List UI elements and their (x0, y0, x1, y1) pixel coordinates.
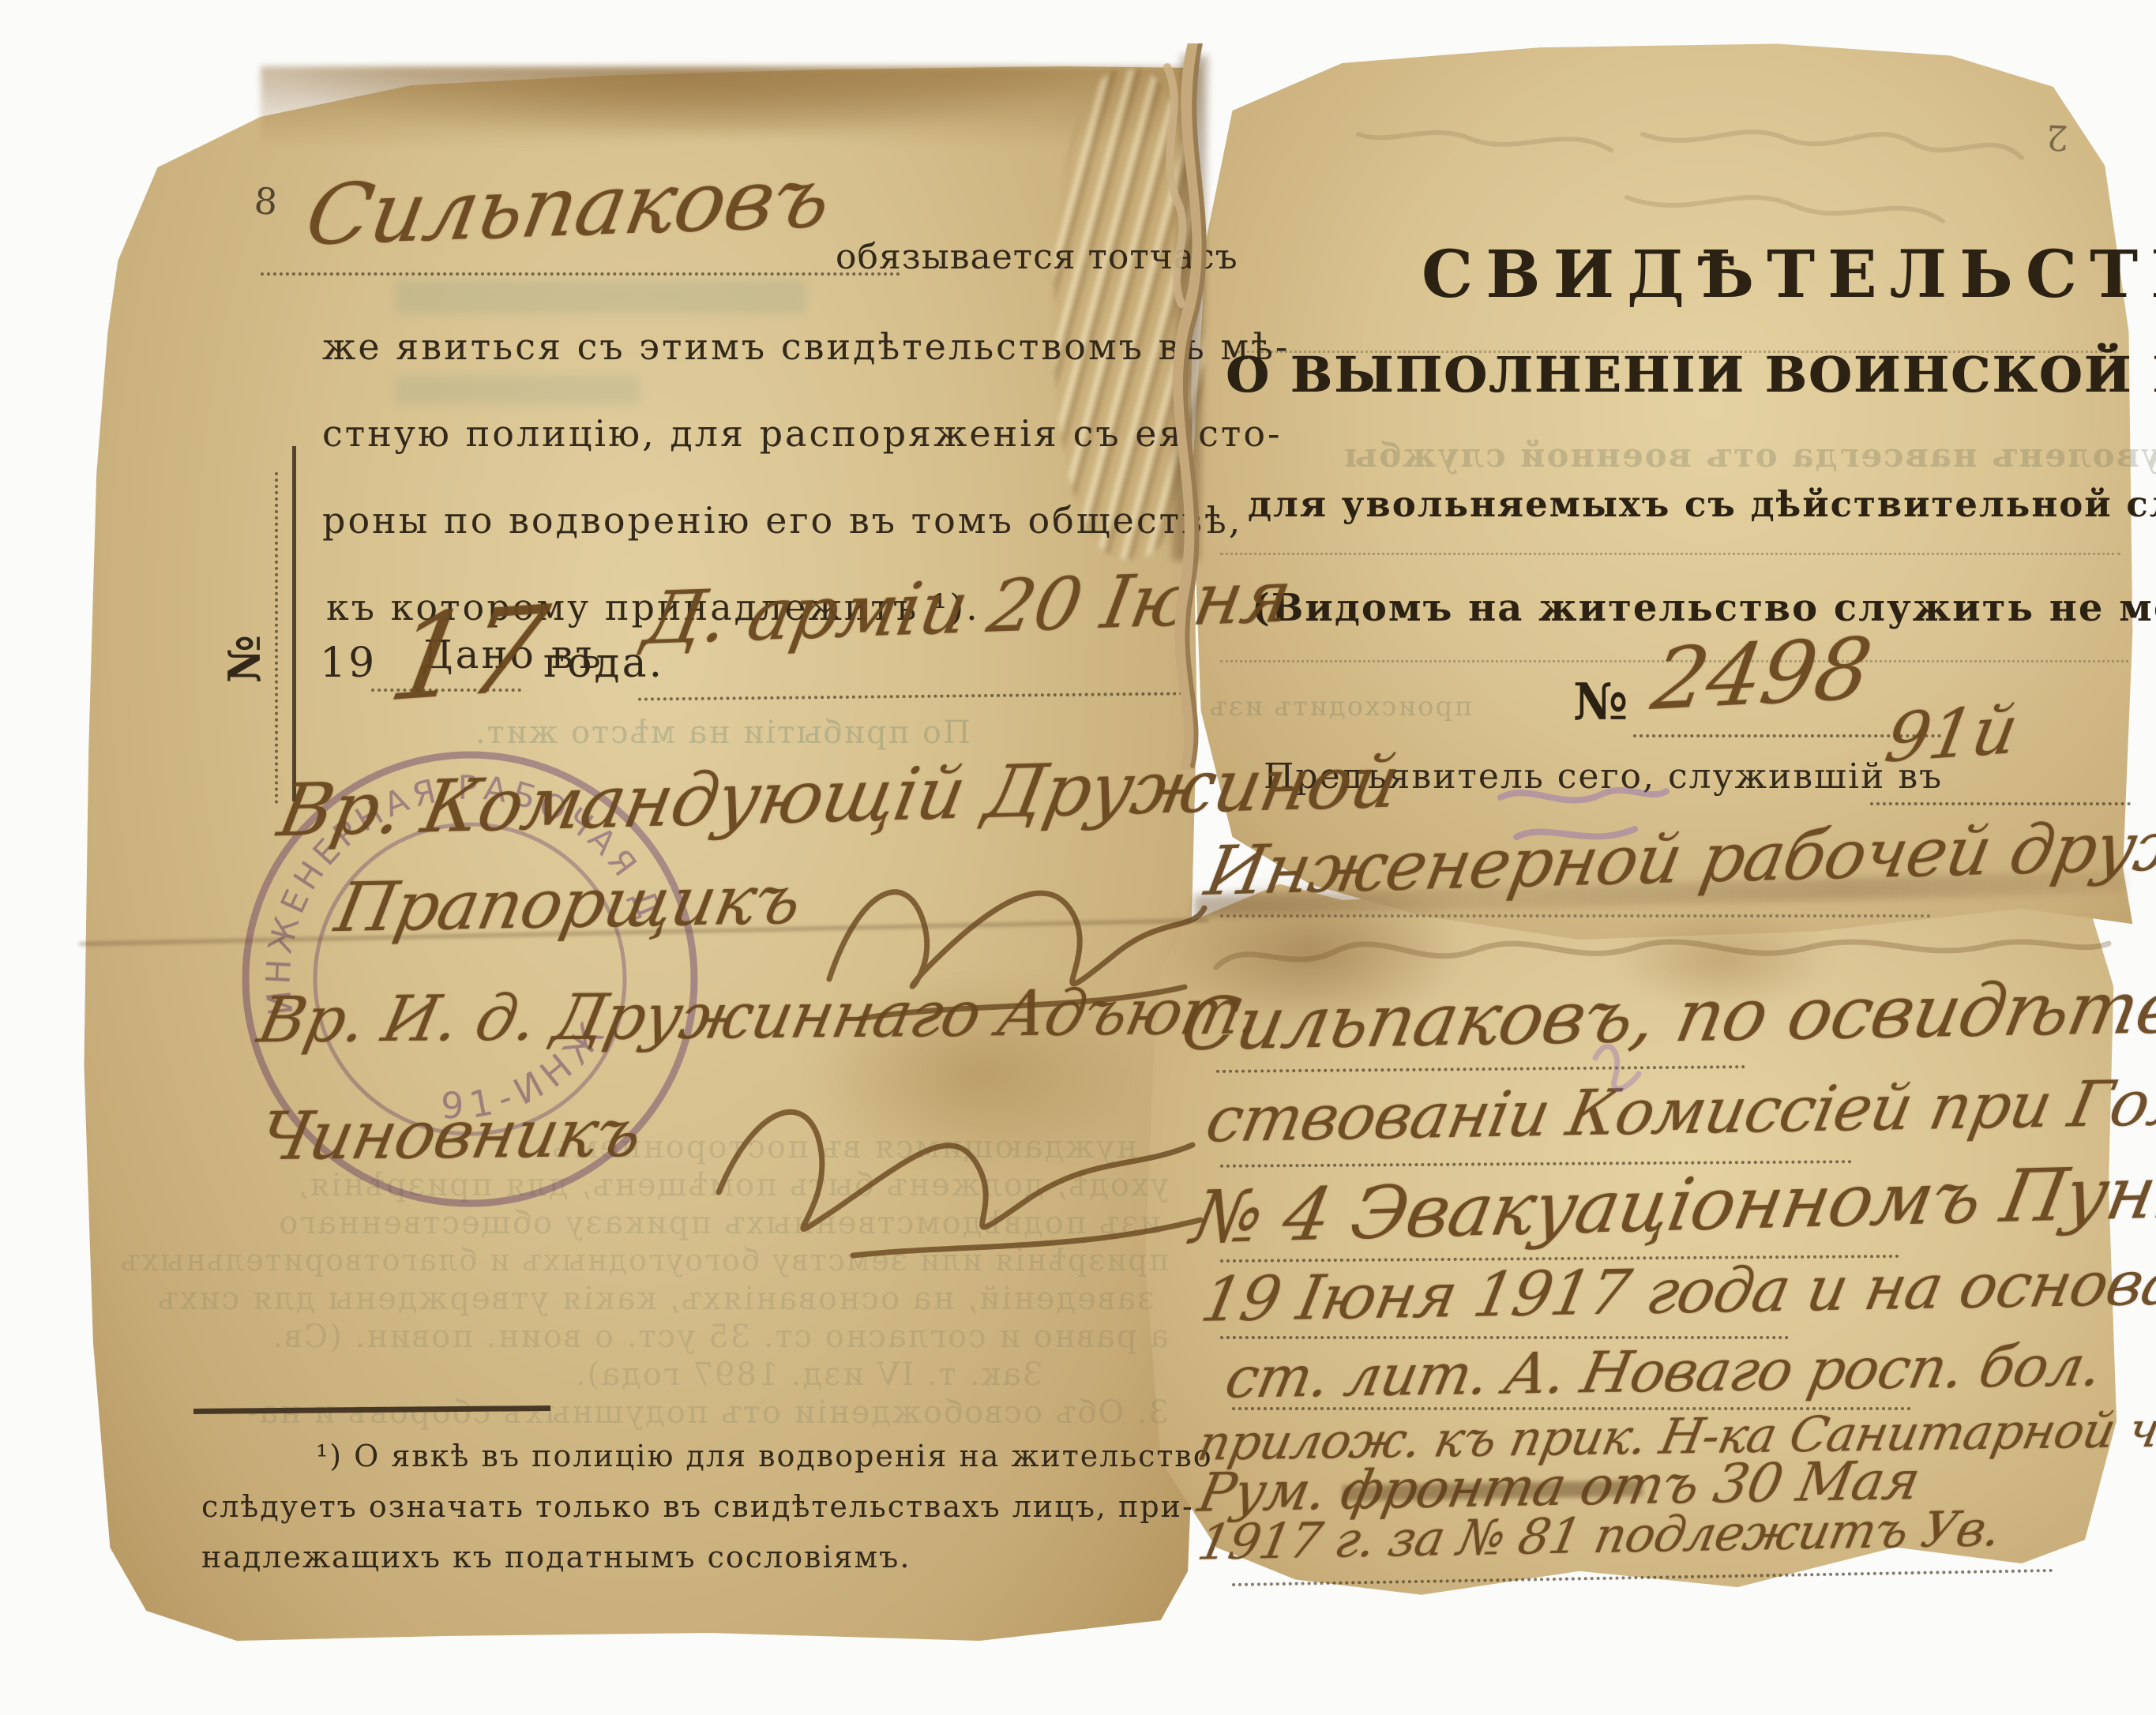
purple-pencil-marks (1469, 774, 1674, 1105)
signature-line-praporshchik: Прапорщикъ (329, 861, 807, 948)
footnote-line-1: слѣдуетъ означать только въ свидѣтельств… (201, 1489, 1194, 1524)
official-signature-flourish (695, 1050, 1216, 1279)
year-handwritten: 17 (380, 581, 556, 729)
right-page-number: 2 (2043, 116, 2069, 157)
hand-line-article: ст. лит. А. Новаго росп. бол. (1220, 1332, 2107, 1410)
year-prefix: 19 (320, 640, 377, 687)
vidom-line: (Видомъ на жительство служить не можетъ)… (1252, 586, 2156, 630)
certificate-subtitle: О ВЫПОЛНЕНІИ ВОИНСКОЙ ПОВИННОСТИ (1226, 346, 2156, 403)
bearer-unit-number: 91й (1880, 690, 2023, 778)
footnote-line-0: ¹) О явкѣ въ полицію для водворенія на ж… (316, 1439, 1213, 1473)
certificate-number-value: 2498 (1646, 620, 1877, 730)
faint-rule (1220, 553, 2120, 555)
certificate-title: СВИДѢТЕЛЬСТВО (1422, 237, 2156, 313)
signature-line-official: Чиновникъ (253, 1094, 648, 1175)
footnote-line-2: надлежащихъ къ податнымъ сословіямъ. (201, 1540, 911, 1574)
bleedthrough-handwriting-top (1343, 111, 2038, 245)
binding-thread (1112, 43, 1286, 770)
scanned-document: 8 Сильпаковъ обязывается тотчасъ же явит… (0, 0, 2156, 1715)
left-page-number: 8 (253, 179, 281, 223)
for-discharged-line: для увольняемыхъ съ дѣйствительной служб… (1248, 483, 2156, 525)
bleedthrough-line-right: уволенъ навсегда отъ военной службы (1343, 436, 2156, 475)
left-printed-line-3: роны по водворенію его въ томъ обществѣ, (322, 499, 1242, 542)
dotted-line (261, 272, 900, 276)
certificate-number-label: № (1573, 673, 1628, 732)
margin-rule-solid (292, 446, 296, 801)
dotted-line (1870, 802, 2131, 805)
praporshchik-signature-flourish (813, 821, 1216, 1042)
margin-rule-dotted (275, 472, 278, 804)
margin-no-label: № (219, 632, 271, 683)
handwritten-name-left: Сильпаковъ (299, 149, 838, 265)
